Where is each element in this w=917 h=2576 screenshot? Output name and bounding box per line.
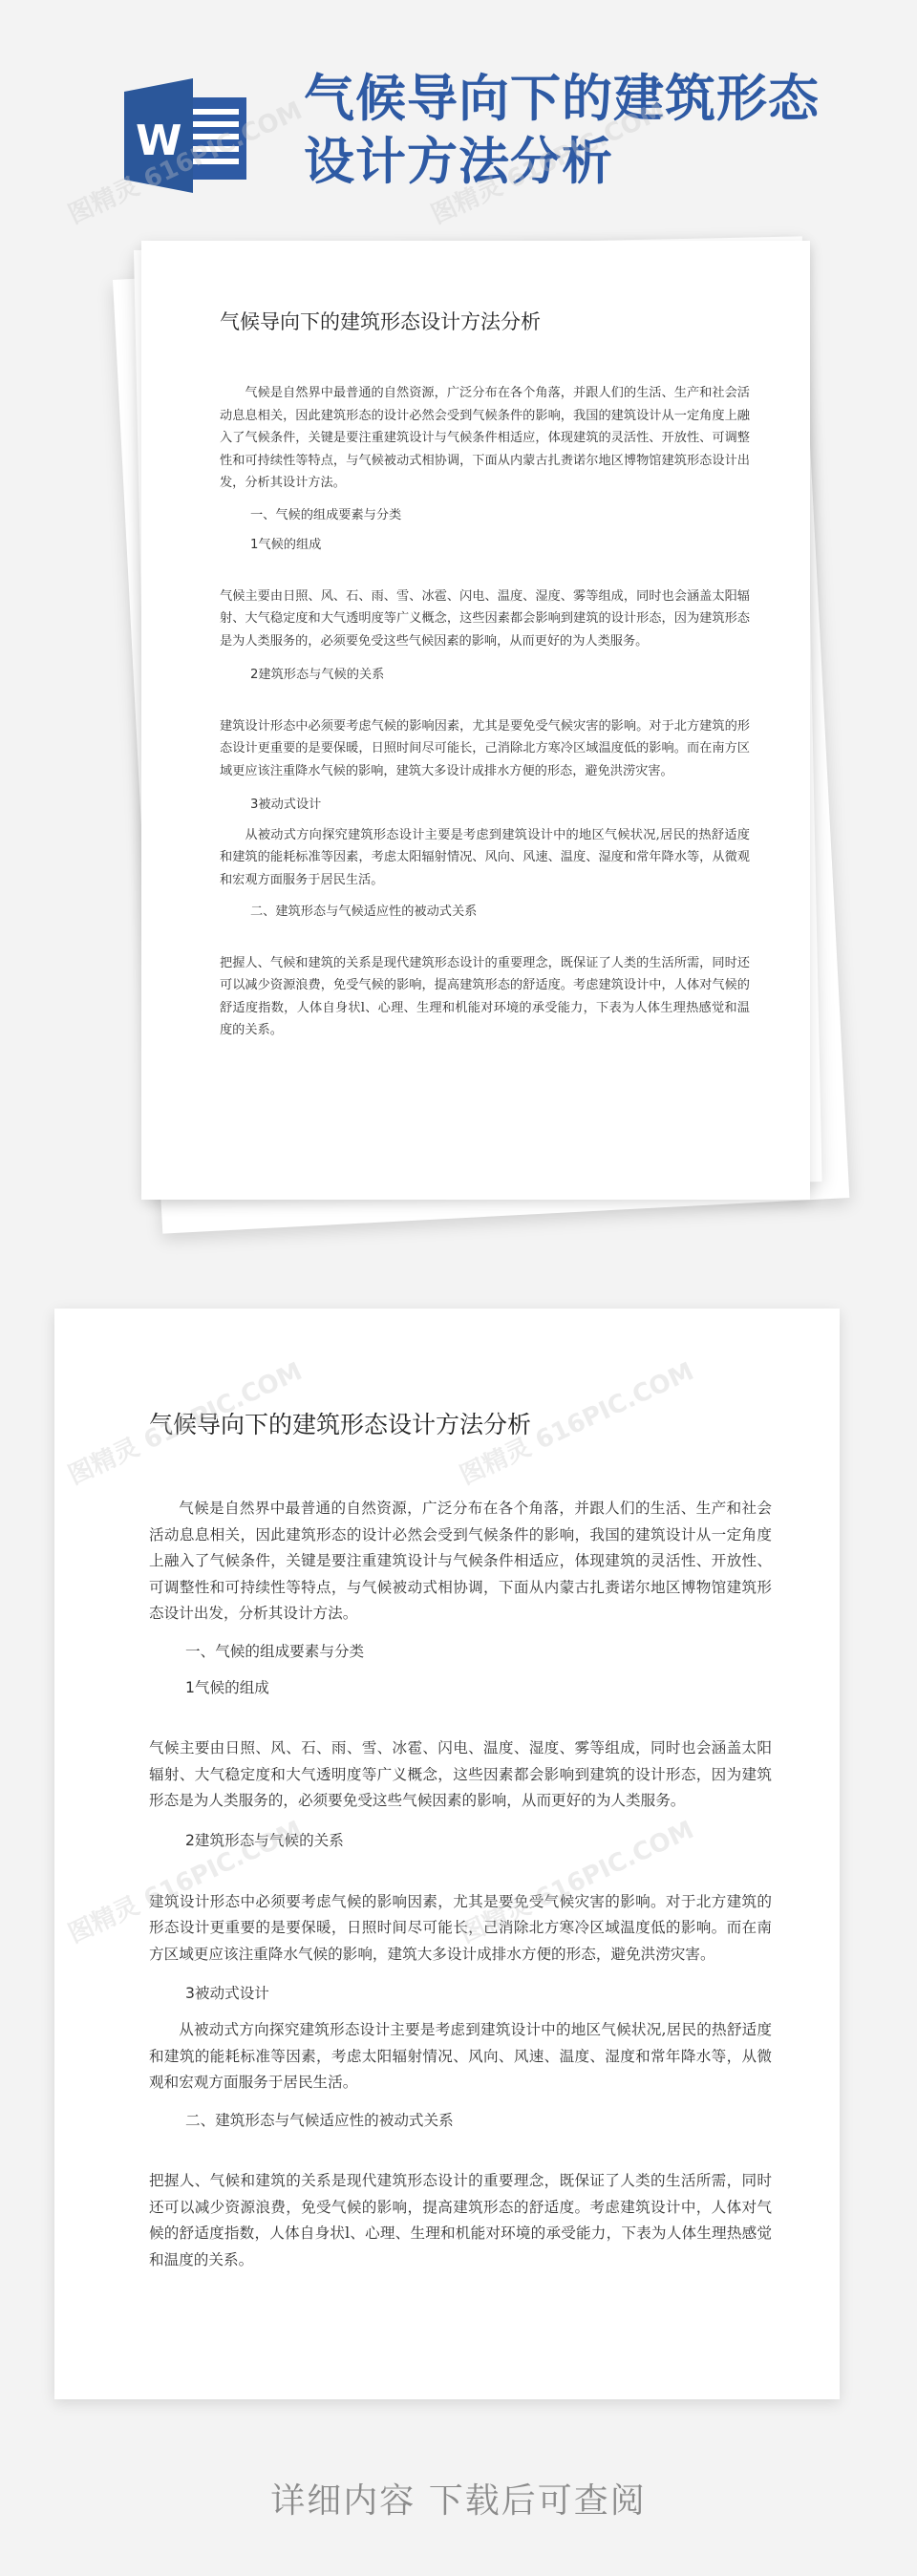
svg-text:W: W (136, 117, 182, 165)
subsection3-body: 从被动式方向探究建筑形态设计主要是考虑到建筑设计中的地区气候状况,居民的热舒适度… (149, 2017, 772, 2097)
subsection2-body: 建筑设计形态中必须要考虑气候的影响因素，尤其是要免受气候灾害的影响。对于北方建筑… (149, 1889, 772, 1969)
section2-body: 把握人、气候和建筑的关系是现代建筑形态设计的重要理念，既保证了人类的生活所需，同… (220, 952, 750, 1042)
document-title: 气候导向下的建筑形态设计方法分析 (220, 308, 750, 336)
subsection3-body: 从被动式方向探究建筑形态设计主要是考虑到建筑设计中的地区气候状况,居民的热舒适度… (220, 824, 750, 892)
subsection1-body: 气候主要由日照、风、石、雨、雪、冰雹、闪电、温度、湿度、雾等组成，同时也会涵盖太… (220, 585, 750, 653)
section2-heading: 二、建筑形态与气候适应性的被动式关系 (149, 2108, 772, 2135)
subsection1-body: 气候主要由日照、风、石、雨、雪、冰雹、闪电、温度、湿度、雾等组成，同时也会涵盖太… (149, 1735, 772, 1815)
subsection3-heading: 3被动式设计 (149, 1981, 772, 2008)
header-banner: W 气候导向下的建筑形态 设计方法分析 (0, 0, 917, 220)
subsection2-heading: 2建筑形态与气候的关系 (149, 1828, 772, 1855)
intro-paragraph: 气候是自然界中最普通的自然资源，广泛分布在各个角落，并跟人们的生活、生产和社会活… (149, 1496, 772, 1628)
document-preview-page: 气候导向下的建筑形态设计方法分析 气候是自然界中最普通的自然资源，广泛分布在各个… (141, 241, 810, 1200)
section1-heading: 一、气候的组成要素与分类 (220, 504, 750, 527)
section2-heading: 二、建筑形态与气候适应性的被动式关系 (220, 901, 750, 924)
subsection2-body: 建筑设计形态中必须要考虑气候的影响因素，尤其是要免受气候灾害的影响。对于北方建筑… (220, 715, 750, 783)
subsection2-heading: 2建筑形态与气候的关系 (220, 664, 750, 687)
download-to-view-text: 详细内容 下载后可查阅 (0, 2474, 917, 2523)
document-body: 气候导向下的建筑形态设计方法分析 气候是自然界中最普通的自然资源，广泛分布在各个… (220, 308, 750, 1042)
subsection1-heading: 1气候的组成 (220, 534, 750, 557)
document-title: 气候导向下的建筑形态设计方法分析 (149, 1408, 772, 1442)
subsection3-heading: 3被动式设计 (220, 794, 750, 817)
header-title-line2: 设计方法分析 (304, 130, 896, 193)
subsection1-heading: 1气候的组成 (149, 1675, 772, 1702)
intro-paragraph: 气候是自然界中最普通的自然资源，广泛分布在各个角落，并跟人们的生活、生产和社会活… (220, 382, 750, 495)
section1-heading: 一、气候的组成要素与分类 (149, 1639, 772, 1666)
document-body: 气候导向下的建筑形态设计方法分析 气候是自然界中最普通的自然资源，广泛分布在各个… (149, 1408, 772, 2274)
header-title-line1: 气候导向下的建筑形态 (304, 67, 896, 130)
header-title: 气候导向下的建筑形态 设计方法分析 (304, 67, 896, 193)
section2-body: 把握人、气候和建筑的关系是现代建筑形态设计的重要理念，既保证了人类的生活所需，同… (149, 2168, 772, 2273)
word-document-icon: W (124, 78, 248, 193)
document-full-page: 气候导向下的建筑形态设计方法分析 气候是自然界中最普通的自然资源，广泛分布在各个… (54, 1309, 840, 2399)
